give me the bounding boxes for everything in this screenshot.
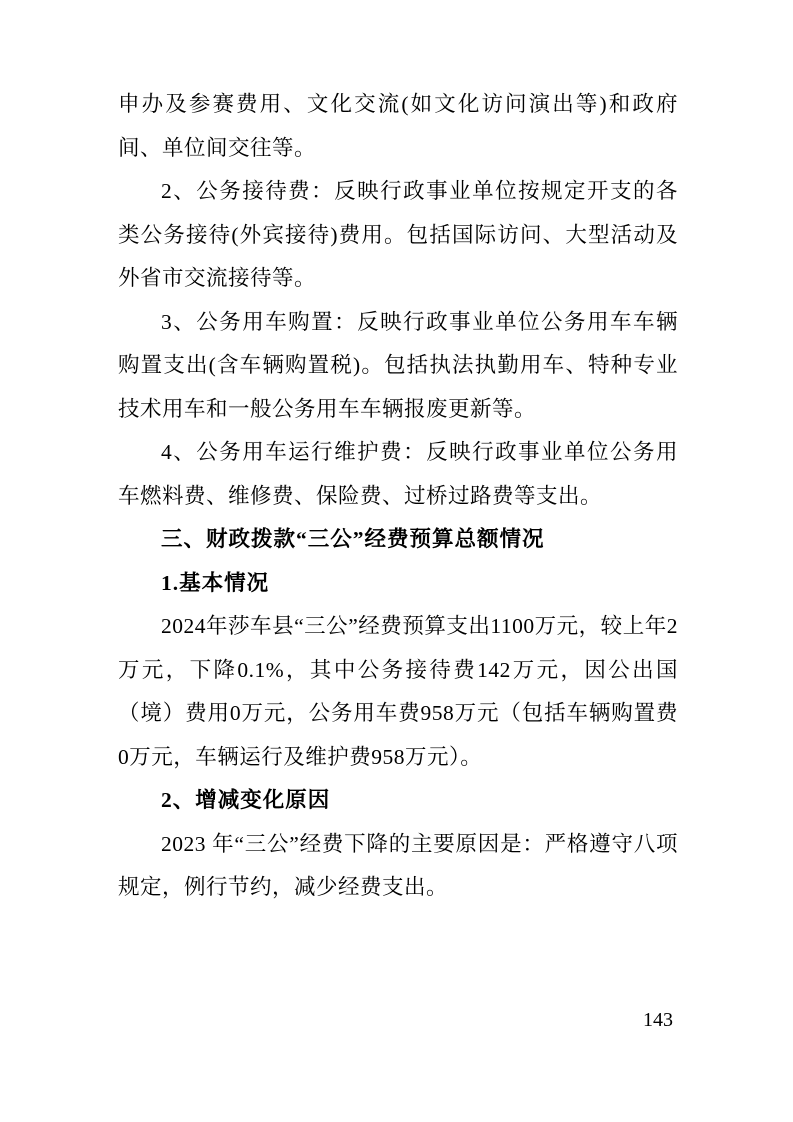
paragraph: 申办及参赛费用、文化交流(如文化访问演出等)和政府间、单位间交往等。: [118, 83, 678, 170]
subsection-heading: 2、增减变化原因: [118, 779, 678, 823]
document-page: 申办及参赛费用、文化交流(如文化访问演出等)和政府间、单位间交往等。 2、公务接…: [0, 0, 793, 1122]
paragraph: 3、公务用车购置：反映行政事业单位公务用车车辆购置支出(含车辆购置税)。包括执法…: [118, 301, 678, 432]
paragraph: 4、公务用车运行维护费：反映行政事业单位公务用车燃料费、维修费、保险费、过桥过路…: [118, 431, 678, 518]
paragraph: 2、公务接待费：反映行政事业单位按规定开支的各类公务接待(外宾接待)费用。包括国…: [118, 170, 678, 301]
paragraph: 2024年莎车县“三公”经费预算支出1100万元，较上年2万元，下降0.1%，其…: [118, 605, 678, 779]
section-heading: 三、财政拨款“三公”经费预算总额情况: [118, 518, 678, 562]
subsection-heading: 1.基本情况: [118, 562, 678, 606]
paragraph: 2023 年“三公”经费下降的主要原因是：严格遵守八项规定，例行节约，减少经费支…: [118, 823, 678, 910]
page-number: 143: [643, 1006, 673, 1034]
document-body: 申办及参赛费用、文化交流(如文化访问演出等)和政府间、单位间交往等。 2、公务接…: [118, 83, 678, 910]
